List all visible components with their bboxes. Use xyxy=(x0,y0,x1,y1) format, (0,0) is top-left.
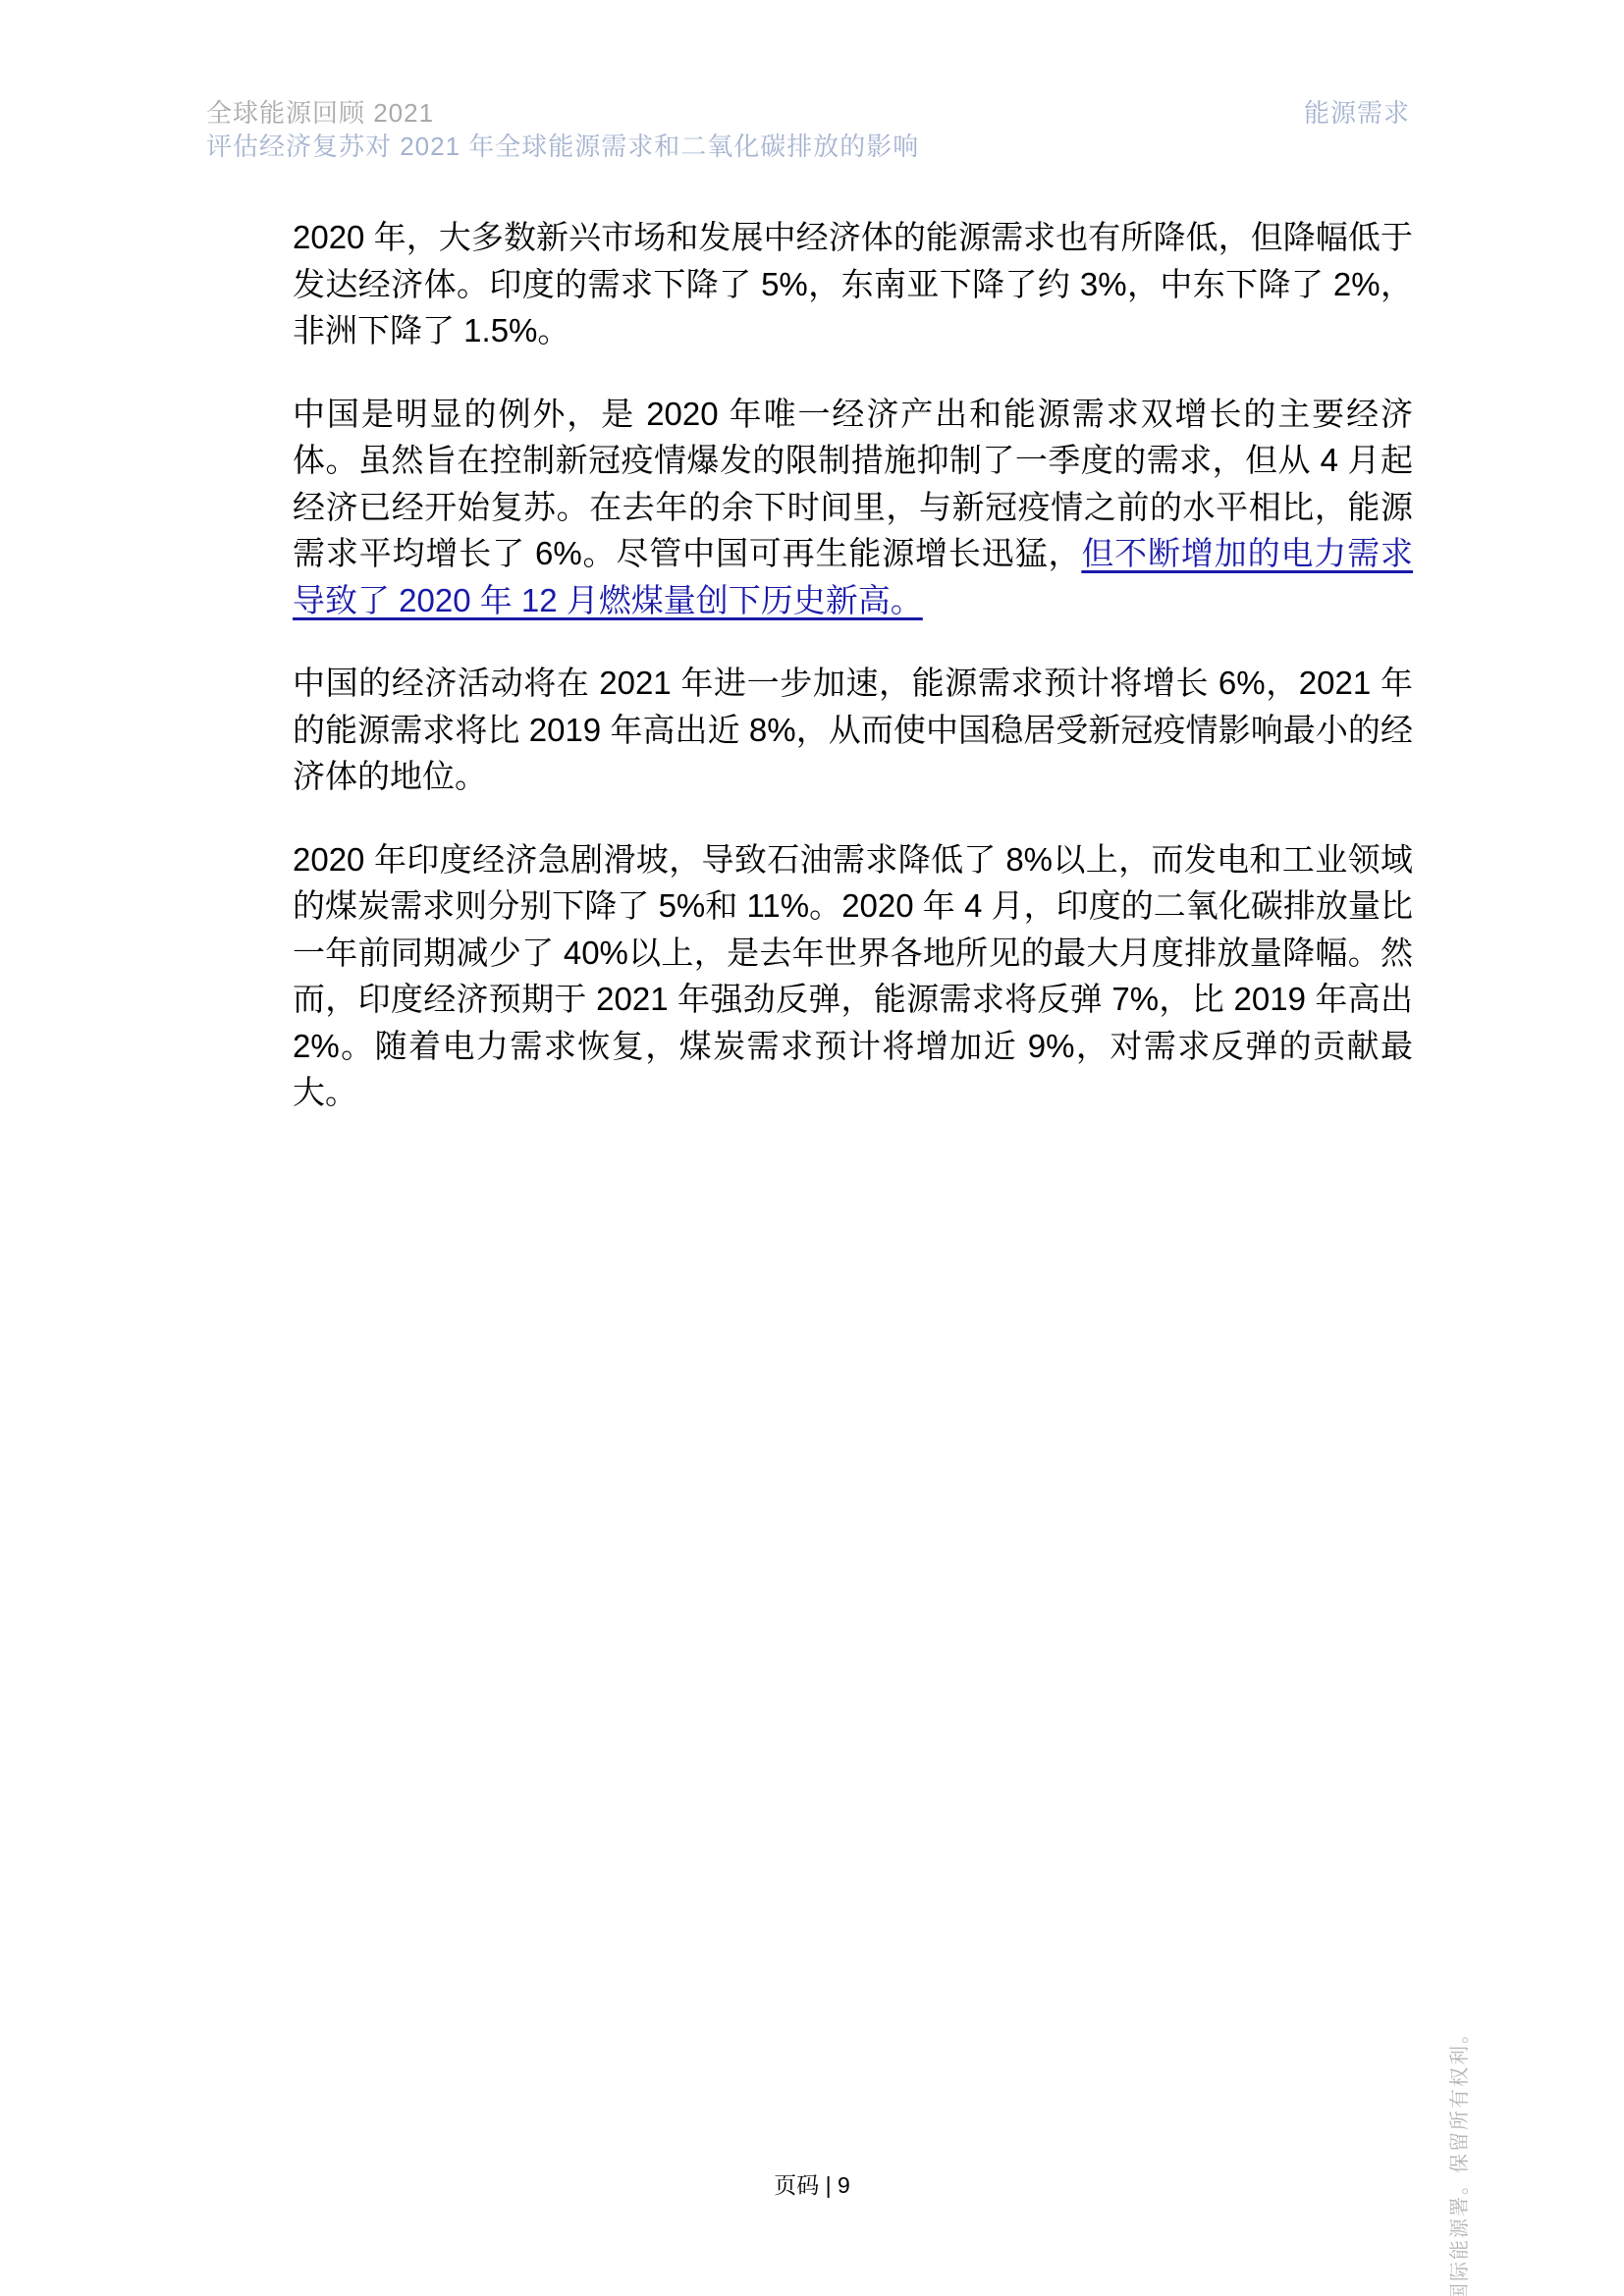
doc-subtitle: 评估经济复苏对 2021 年全球能源需求和二氧化碳排放的影响 xyxy=(206,130,1410,163)
section-label: 能源需求 xyxy=(1304,96,1410,130)
paragraph-china-2021: 中国的经济活动将在 2021 年进一步加速，能源需求预计将增长 6%，2021 … xyxy=(293,660,1413,800)
page-footer: 页码 | 9 xyxy=(0,2167,1624,2200)
copyright-vertical-note: 国际能源署。保留所有权利。 xyxy=(1443,2022,1472,2296)
paragraph-emerging-markets: 2020 年，大多数新兴市场和发展中经济体的能源需求也有所降低，但降幅低于发达经… xyxy=(293,214,1413,354)
paragraph-text: 2020 年印度经济急剧滑坡，导致石油需求降低了 8%以上，而发电和工业领域的煤… xyxy=(293,841,1413,1111)
body-text: 2020 年，大多数新兴市场和发展中经济体的能源需求也有所降低，但降幅低于发达经… xyxy=(293,214,1413,1152)
paragraph-china-2020: 中国是明显的例外，是 2020 年唯一经济产出和能源需求双增长的主要经济体。虽然… xyxy=(293,391,1413,624)
document-page: 全球能源回顾 2021 评估经济复苏对 2021 年全球能源需求和二氧化碳排放的… xyxy=(0,0,1624,2296)
doc-title: 全球能源回顾 2021 xyxy=(206,96,1410,130)
paragraph-text: 2020 年，大多数新兴市场和发展中经济体的能源需求也有所降低，但降幅低于发达经… xyxy=(293,219,1413,348)
page-header: 全球能源回顾 2021 评估经济复苏对 2021 年全球能源需求和二氧化碳排放的… xyxy=(206,96,1410,163)
paragraph-text: 中国的经济活动将在 2021 年进一步加速，能源需求预计将增长 6%，2021 … xyxy=(293,665,1413,794)
page-number: 页码 | 9 xyxy=(774,2172,850,2198)
paragraph-india: 2020 年印度经济急剧滑坡，导致石油需求降低了 8%以上，而发电和工业领域的煤… xyxy=(293,836,1413,1116)
